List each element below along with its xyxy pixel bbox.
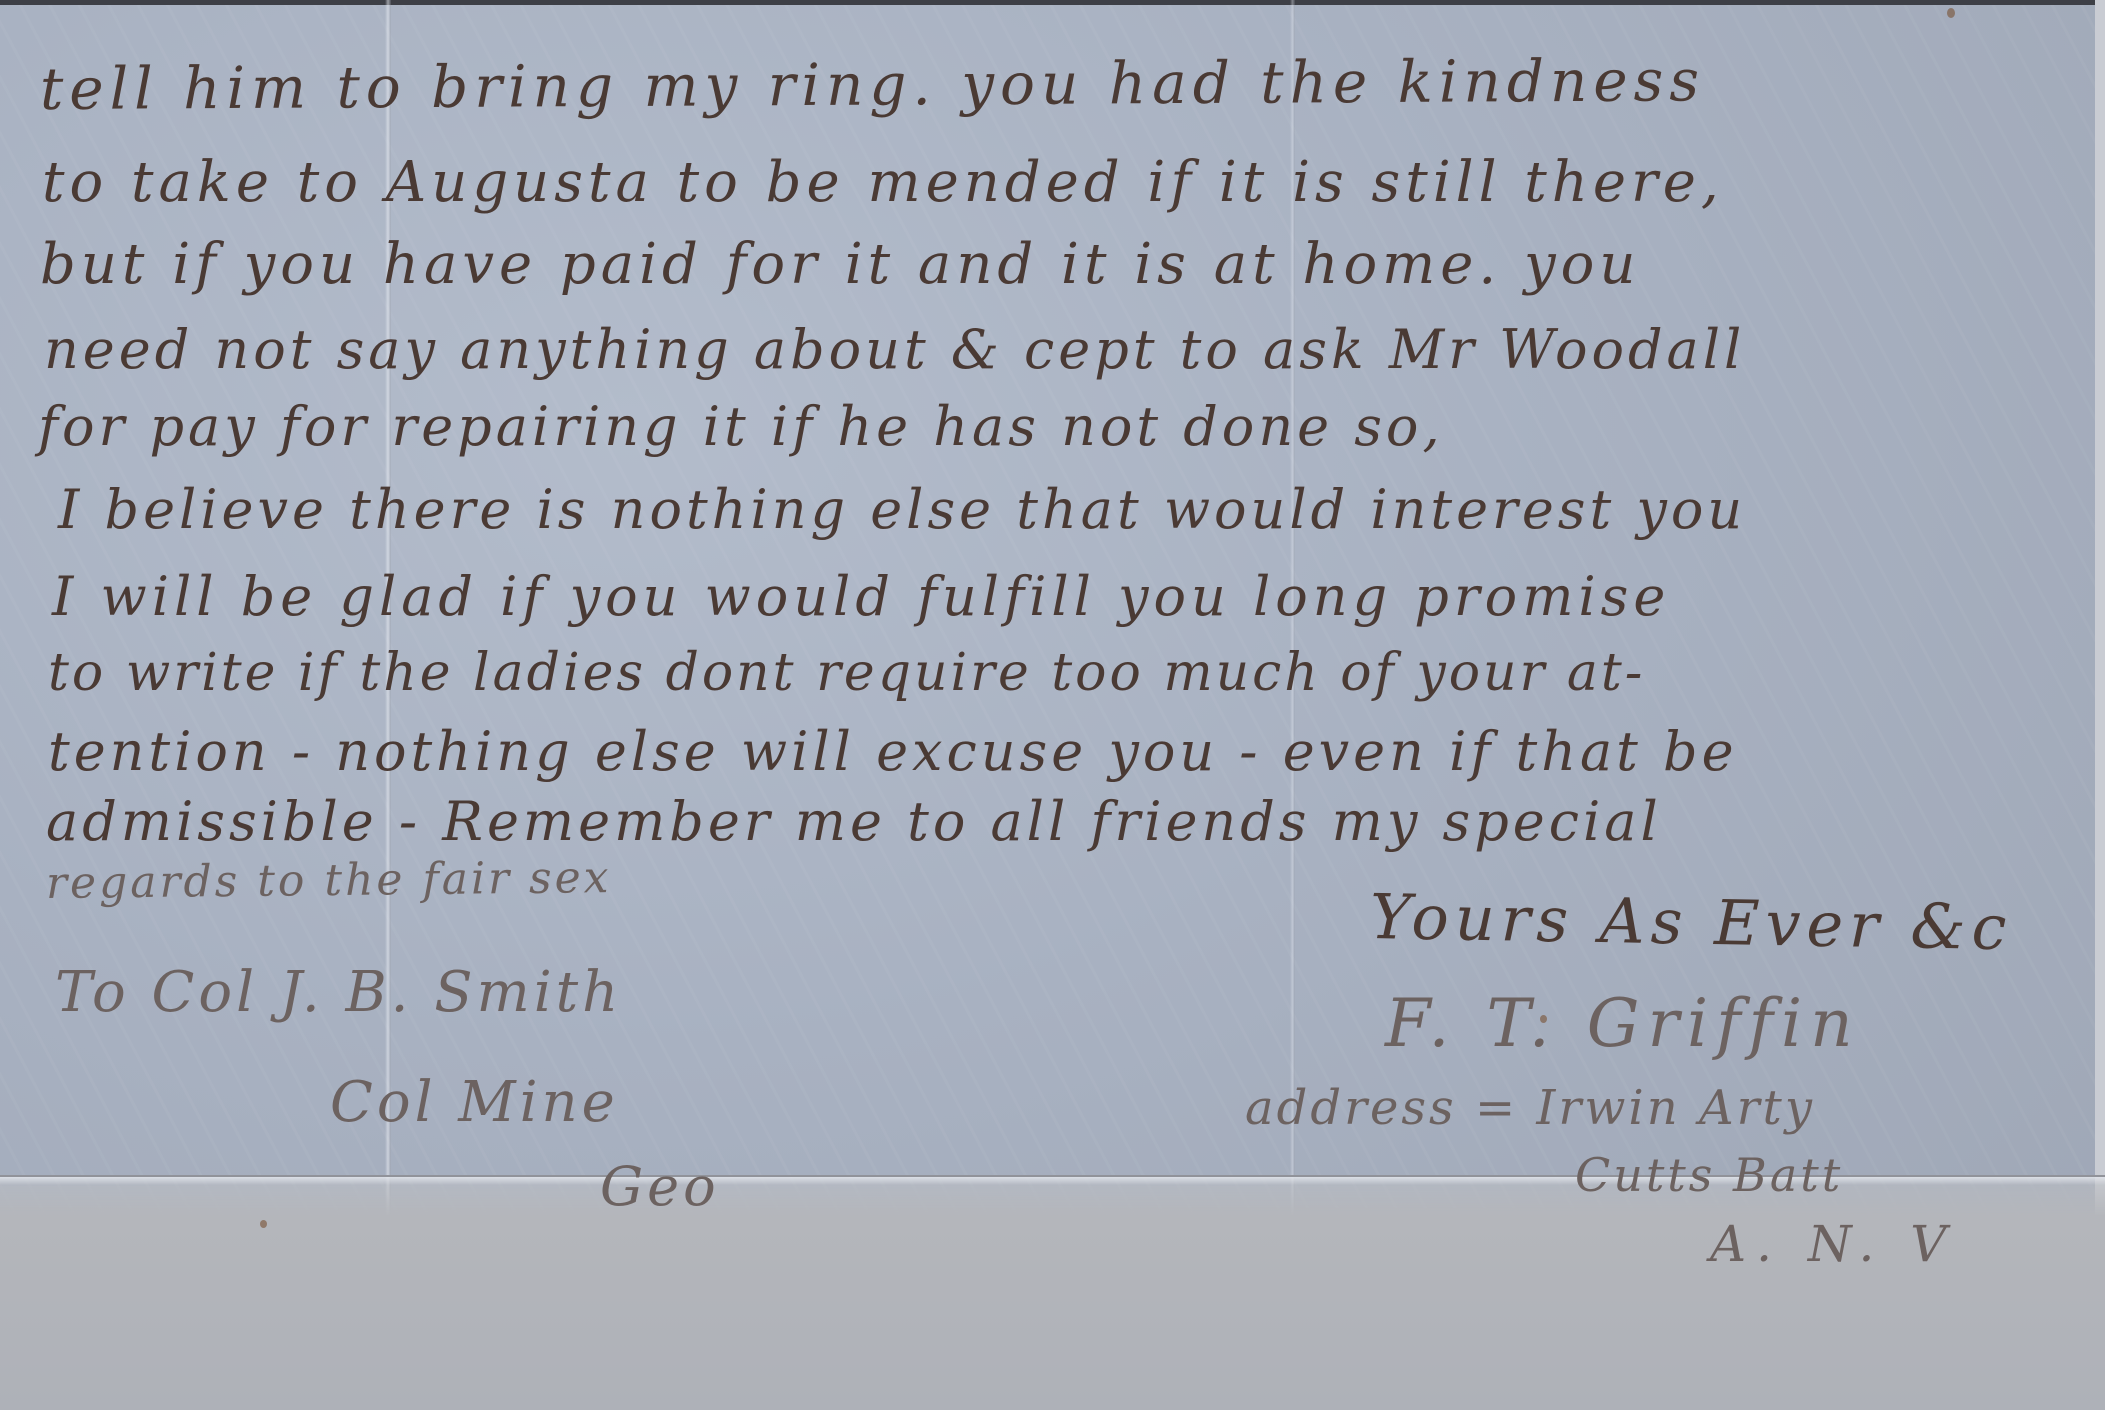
letter-line-2: to take to Augusta to be mended if it is… — [42, 150, 1724, 215]
sender-address-line-1: address = Irwin Arty — [1245, 1080, 1815, 1136]
letter-line-6: I believe there is nothing else that wou… — [58, 478, 1746, 541]
recipient-line-2: Col Mine — [330, 1070, 619, 1135]
letter-line-9: tention - nothing else will excuse you -… — [48, 720, 1738, 783]
horizontal-fold-crease — [0, 1175, 2105, 1410]
recipient-line-1: To Col J. B. Smith — [55, 960, 622, 1025]
ink-spot — [1947, 8, 1955, 18]
letter-line-5: for pay for repairing it if he has not d… — [38, 395, 1444, 458]
sender-address-line-3: A. N. V — [1710, 1215, 1956, 1273]
letter-line-1: tell him to bring my ring. you had the k… — [40, 46, 1705, 123]
ink-spot — [260, 1220, 267, 1228]
letter-line-10: admissible - Remember me to all friends … — [46, 790, 1662, 853]
letter-line-11: regards to the fair sex — [46, 852, 612, 909]
letter-line-8: to write if the ladies dont require too … — [48, 643, 1645, 703]
signature: F. T. Griffin — [1385, 985, 1861, 1062]
letter-line-3: but if you have paid for it and it is at… — [40, 232, 1640, 297]
sender-address-line-2: Cutts Batt — [1575, 1148, 1843, 1202]
letter-closing: Yours As Ever &c — [1369, 880, 2013, 964]
page-top-edge — [0, 0, 2105, 5]
recipient-line-3: Geo — [600, 1155, 720, 1218]
letter-line-4: need not say anything about & cept to as… — [44, 318, 1745, 381]
letter-line-7: I will be glad if you would fulfill you … — [52, 565, 1670, 628]
letter-page: tell him to bring my ring. you had the k… — [0, 0, 2105, 1410]
